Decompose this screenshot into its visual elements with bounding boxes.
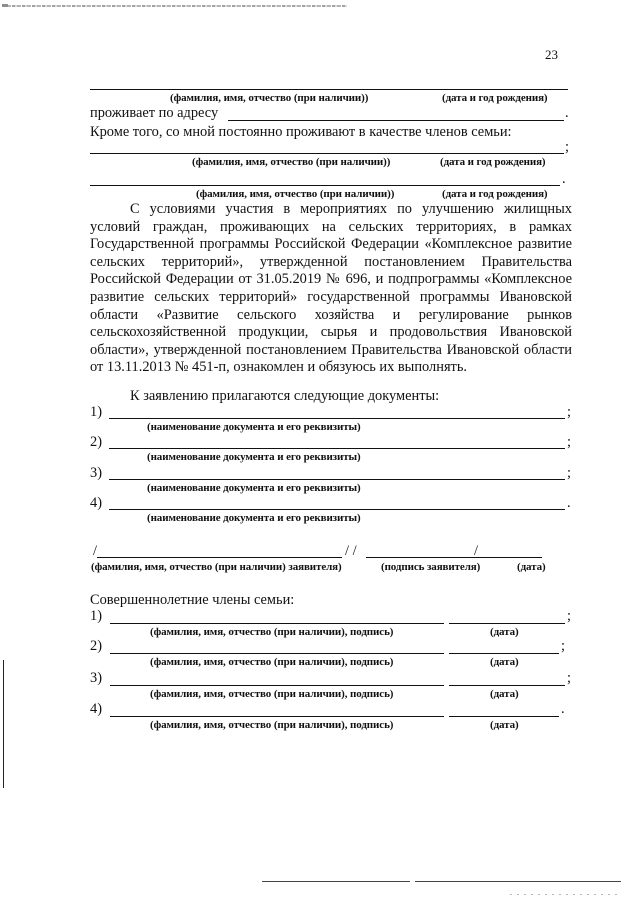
adult-member-3-num: 3)	[90, 670, 102, 687]
adult-member-4-caption-name: (фамилия, имя, отчество (при наличии), п…	[150, 719, 393, 731]
family-intro: Кроме того, со мной постоянно проживают …	[90, 124, 512, 141]
document-item-4-num: 4)	[90, 495, 102, 512]
adult-member-3-caption-name: (фамилия, имя, отчество (при наличии), п…	[150, 688, 393, 700]
address-label: проживает по адресу	[90, 105, 218, 122]
adult-member-2-caption-name: (фамилия, имя, отчество (при наличии), п…	[150, 656, 393, 668]
family-row-1-end: ;	[565, 139, 569, 156]
signature-name-line[interactable]	[97, 557, 342, 558]
adult-member-4-name-line[interactable]	[110, 716, 444, 717]
adult-member-1-num: 1)	[90, 608, 102, 625]
consent-paragraph-block: С условиями участия в мероприятиях по ул…	[90, 201, 572, 377]
document-item-4-caption: (наименование документа и его реквизиты)	[147, 512, 361, 524]
signature-caption-name: (фамилия, имя, отчество (при наличии) за…	[91, 561, 342, 573]
signature-caption-sign: (подпись заявителя)	[381, 561, 480, 573]
adult-member-1-caption-date: (дата)	[490, 626, 519, 638]
adult-member-1-name-line[interactable]	[110, 623, 444, 624]
adult-member-3-date-line[interactable]	[449, 685, 565, 686]
consent-paragraph: С условиями участия в мероприятиях по ул…	[90, 201, 572, 377]
document-item-1-caption: (наименование документа и его реквизиты)	[147, 421, 361, 433]
adult-member-1-caption-name: (фамилия, имя, отчество (при наличии), п…	[150, 626, 393, 638]
document-item-3-line[interactable]	[109, 479, 565, 480]
adult-member-2-end: ;	[561, 638, 565, 655]
signature-slash-2: / /	[345, 543, 357, 560]
scan-artifact-top	[2, 5, 347, 7]
signature-slash-3: /	[474, 543, 478, 560]
document-item-4-end: .	[567, 495, 571, 512]
document-item-1-num: 1)	[90, 404, 102, 421]
family-row-2-caption-birth: (дата и год рождения)	[442, 188, 548, 200]
documents-intro: К заявлению прилагаются следующие докуме…	[130, 388, 439, 405]
adult-member-2-name-line[interactable]	[110, 653, 444, 654]
footer-scan-noise	[510, 894, 620, 895]
document-item-2-caption: (наименование документа и его реквизиты)	[147, 451, 361, 463]
caption-name: (фамилия, имя, отчество (при наличии))	[170, 92, 368, 104]
adult-member-1-end: ;	[567, 608, 571, 625]
adult-member-3-caption-date: (дата)	[490, 688, 519, 700]
signature-sign-line[interactable]	[366, 557, 482, 558]
adult-member-3-end: ;	[567, 670, 571, 687]
adult-member-1-date-line[interactable]	[449, 623, 565, 624]
adult-member-3-name-line[interactable]	[110, 685, 444, 686]
document-item-1-line[interactable]	[109, 418, 565, 419]
adult-members-title: Совершеннолетние члены семьи:	[90, 592, 294, 609]
adult-member-2-date-line[interactable]	[449, 653, 559, 654]
document-item-2-end: ;	[567, 434, 571, 451]
document-item-3-end: ;	[567, 465, 571, 482]
signature-caption-date: (дата)	[517, 561, 546, 573]
family-row-1-caption-name: (фамилия, имя, отчество (при наличии))	[192, 156, 390, 168]
document-item-3-caption: (наименование документа и его реквизиты)	[147, 482, 361, 494]
family-row-2-caption-name: (фамилия, имя, отчество (при наличии))	[196, 188, 394, 200]
adult-member-4-num: 4)	[90, 701, 102, 718]
applicant-name-line[interactable]	[90, 89, 568, 90]
document-item-3-num: 3)	[90, 465, 102, 482]
footer-rule-right	[415, 881, 621, 882]
page-number: 23	[545, 47, 558, 63]
adult-member-4-end: .	[561, 701, 565, 718]
adult-member-2-caption-date: (дата)	[490, 656, 519, 668]
signature-date-line[interactable]	[482, 557, 542, 558]
scan-margin-bar	[3, 660, 4, 788]
document-item-2-line[interactable]	[109, 448, 565, 449]
family-row-2-line[interactable]	[90, 185, 560, 186]
document-item-2-num: 2)	[90, 434, 102, 451]
family-row-1-caption-birth: (дата и год рождения)	[440, 156, 546, 168]
address-field-line[interactable]	[228, 120, 564, 121]
adult-member-2-num: 2)	[90, 638, 102, 655]
adult-member-4-date-line[interactable]	[449, 716, 559, 717]
family-row-2-end: .	[562, 171, 566, 188]
caption-birth: (дата и год рождения)	[442, 92, 548, 104]
footer-rule-left	[262, 881, 410, 882]
address-end: .	[565, 105, 569, 122]
family-row-1-line[interactable]	[90, 153, 564, 154]
document-item-1-end: ;	[567, 404, 571, 421]
adult-member-4-caption-date: (дата)	[490, 719, 519, 731]
document-item-4-line[interactable]	[109, 509, 565, 510]
